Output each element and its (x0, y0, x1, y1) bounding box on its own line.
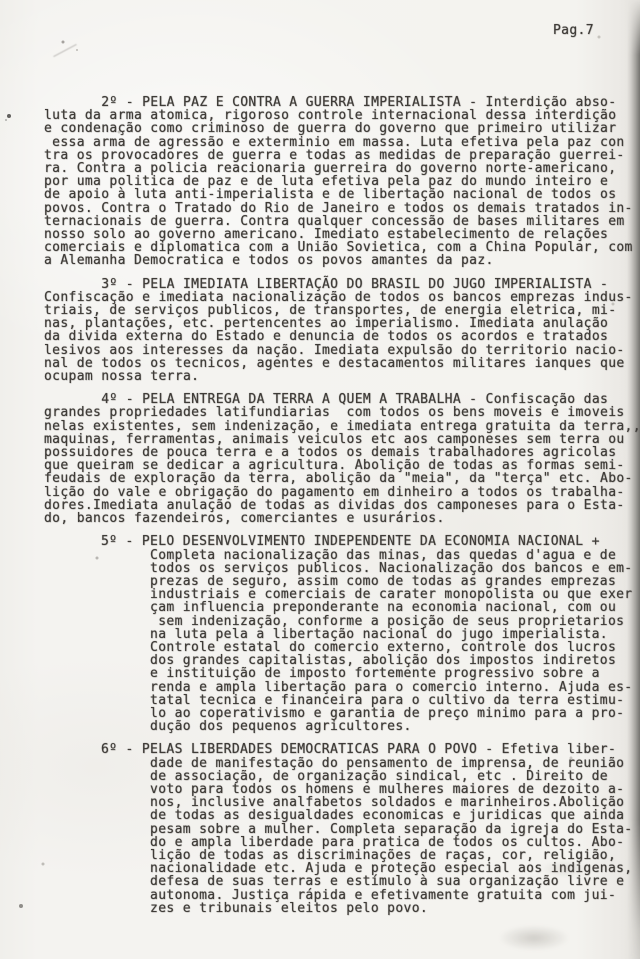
paragraph-2-peace: 2º - PELA PAZ E CONTRA A GUERRA IMPERIAL… (44, 96, 622, 268)
document-body: 2º - PELA PAZ E CONTRA A GUERRA IMPERIAL… (44, 96, 622, 925)
scan-edge-shadow (627, 0, 640, 959)
paper-smudge-light (540, 860, 590, 878)
paragraph-6-liberties: 6º - PELAS LIBERDADES DEMOCRATICAS PARA … (101, 743, 622, 915)
paragraph-4-land: 4º - PELA ENTREGA DA TERRA A QUEM A TRAB… (44, 393, 622, 525)
paragraph-5-economy: 5º - PELO DESENVOLVIMENTO INDEPENDENTE D… (101, 535, 622, 733)
paper-scratch-mark (53, 44, 76, 57)
paper-smudge (498, 925, 570, 951)
page-number: Pag.7 (553, 24, 594, 37)
paper-specks (0, 0, 2, 2)
paragraph-3-liberation: 3º - PELA IMEDIATA LIBERTAÇÃO DO BRASIL … (44, 278, 622, 384)
scanned-document-page: Pag.7 2º - PELA PAZ E CONTRA A GUERRA IM… (0, 0, 640, 959)
